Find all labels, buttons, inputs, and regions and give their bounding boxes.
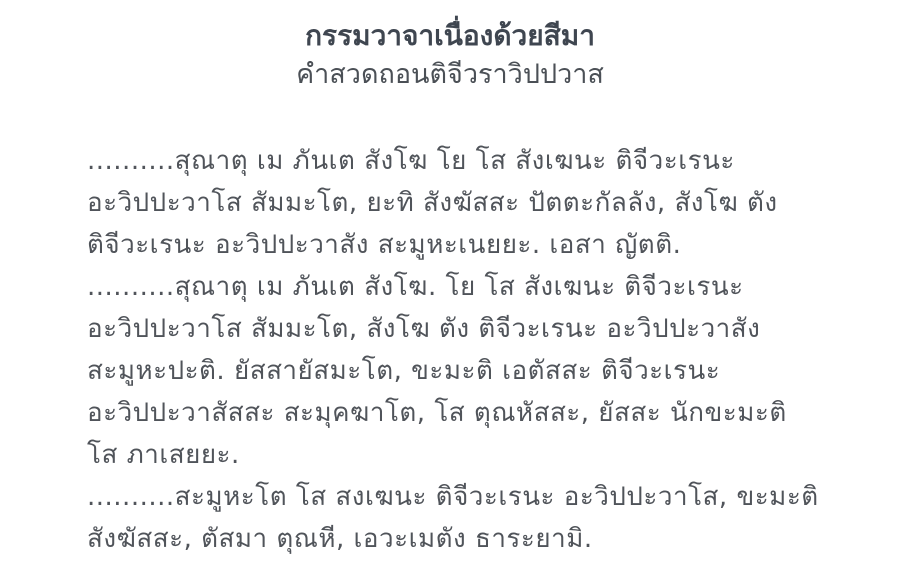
body-line-2: อะวิปปะวาโส สัมมะโต, ยะทิ สังฆัสสะ ปัตตะ…	[87, 182, 850, 224]
body-line-1: ..........สุณาตุ เม ภันเต สังโฆ โย โส สั…	[87, 140, 850, 182]
body-line-5: อะวิปปะวาโส สัมมะโต, สังโฆ ตัง ติจีวะเรน…	[87, 308, 850, 350]
page-subtitle: คำสวดถอนติจีวราวิปปวาส	[40, 56, 860, 94]
document-page: กรรมวาจาเนื่องด้วยสีมา คำสวดถอนติจีวราวิ…	[0, 0, 900, 575]
body-line-6: สะมูหะปะติ. ยัสสายัสมะโต, ขะมะติ เอตัสสะ…	[87, 350, 850, 392]
body-line-4: ..........สุณาตุ เม ภันเต สังโฆ. โย โส ส…	[87, 266, 850, 308]
body-line-3: ติจีวะเรนะ อะวิปปะวาสัง สะมูหะเนยยะ. เอส…	[87, 224, 850, 266]
body-line-10: สังฆัสสะ, ตัสมา ตุณหี, เอวะเมตัง ธาระยาม…	[87, 518, 850, 560]
body-text: ..........สุณาตุ เม ภันเต สังโฆ โย โส สั…	[0, 140, 900, 560]
body-line-8: โส ภาเสยยะ.	[87, 434, 850, 476]
body-line-7: อะวิปปะวาสัสสะ สะมุคฆาโต, โส ตุณหัสสะ, ย…	[87, 392, 850, 434]
page-title: กรรมวาจาเนื่องด้วยสีมา	[40, 16, 860, 56]
body-line-9: ..........สะมูหะโต โส สงเฆนะ ติจีวะเรนะ …	[87, 476, 850, 518]
